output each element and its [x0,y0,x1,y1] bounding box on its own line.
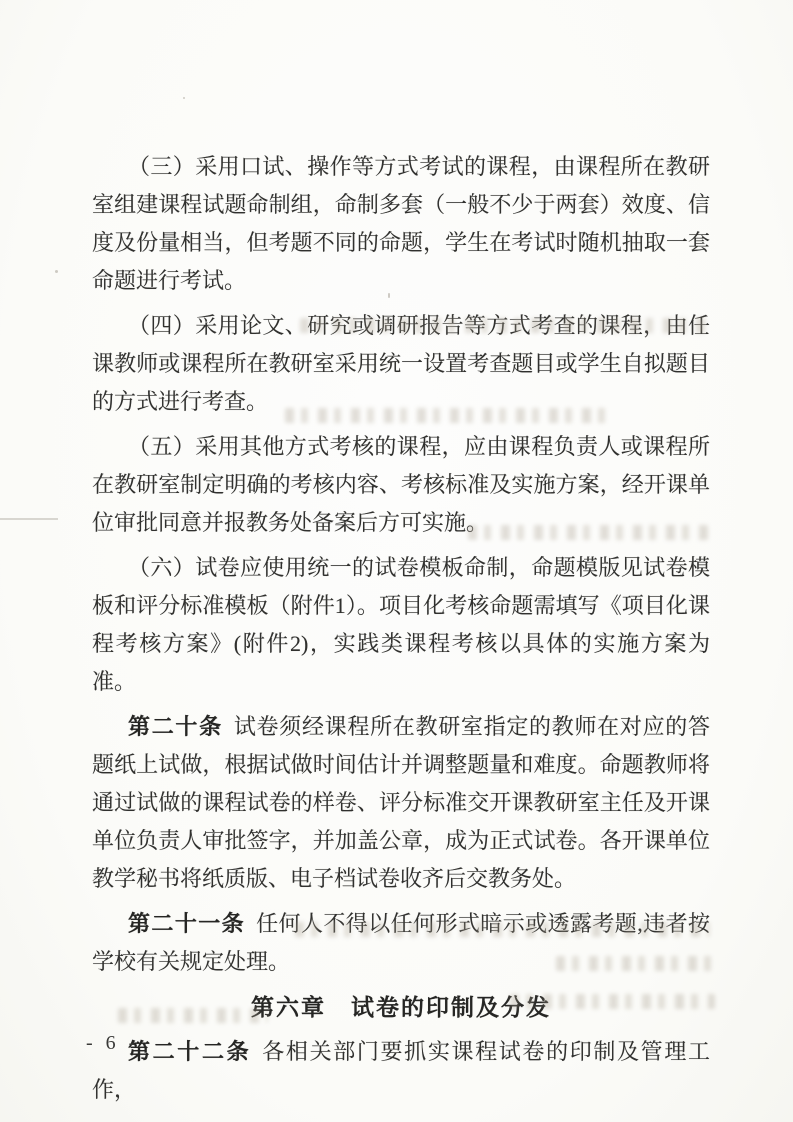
scan-speck [388,293,390,298]
scan-speck [55,270,58,273]
bleed-through-artifact [510,994,715,1009]
scan-speck [183,97,185,99]
article-21-number: 第二十一条 [128,911,245,936]
page-number: - 6 - [86,1032,139,1055]
paragraph-item-6: （六）试卷应使用统一的试卷模板命制，命题模版见试卷模板和评分标准模板（附件1）。… [92,549,710,701]
paragraph-article-20: 第二十条试卷须经课程所在教研室指定的教师在对应的答题纸上试做，根据试做时间估计并… [92,708,710,898]
scanned-document-page: （三）采用口试、操作等方式考试的课程，由课程所在教研室组建课程试题命制组，命制多… [0,0,793,1122]
bleed-through-artifact [468,525,708,540]
left-edge-fold-mark [0,518,58,520]
article-22-number: 第二十二条 [128,1039,251,1064]
paragraph-item-3: （三）采用口试、操作等方式考试的课程，由课程所在教研室组建课程试题命制组，命制多… [92,148,710,300]
bleed-through-artifact [285,408,615,423]
article-20-text: 试卷须经课程所在教研室指定的教师在对应的答题纸上试做，根据试做时间估计并调整题量… [92,714,710,891]
bleed-through-artifact [118,1008,268,1023]
bleed-through-artifact [300,318,705,333]
paragraph-article-22: 第二十二条各相关部门要抓实课程试卷的印制及管理工作， [92,1033,710,1109]
article-20-number: 第二十条 [128,714,223,739]
bleed-through-artifact [556,956,716,971]
bleed-through-artifact [295,922,710,937]
